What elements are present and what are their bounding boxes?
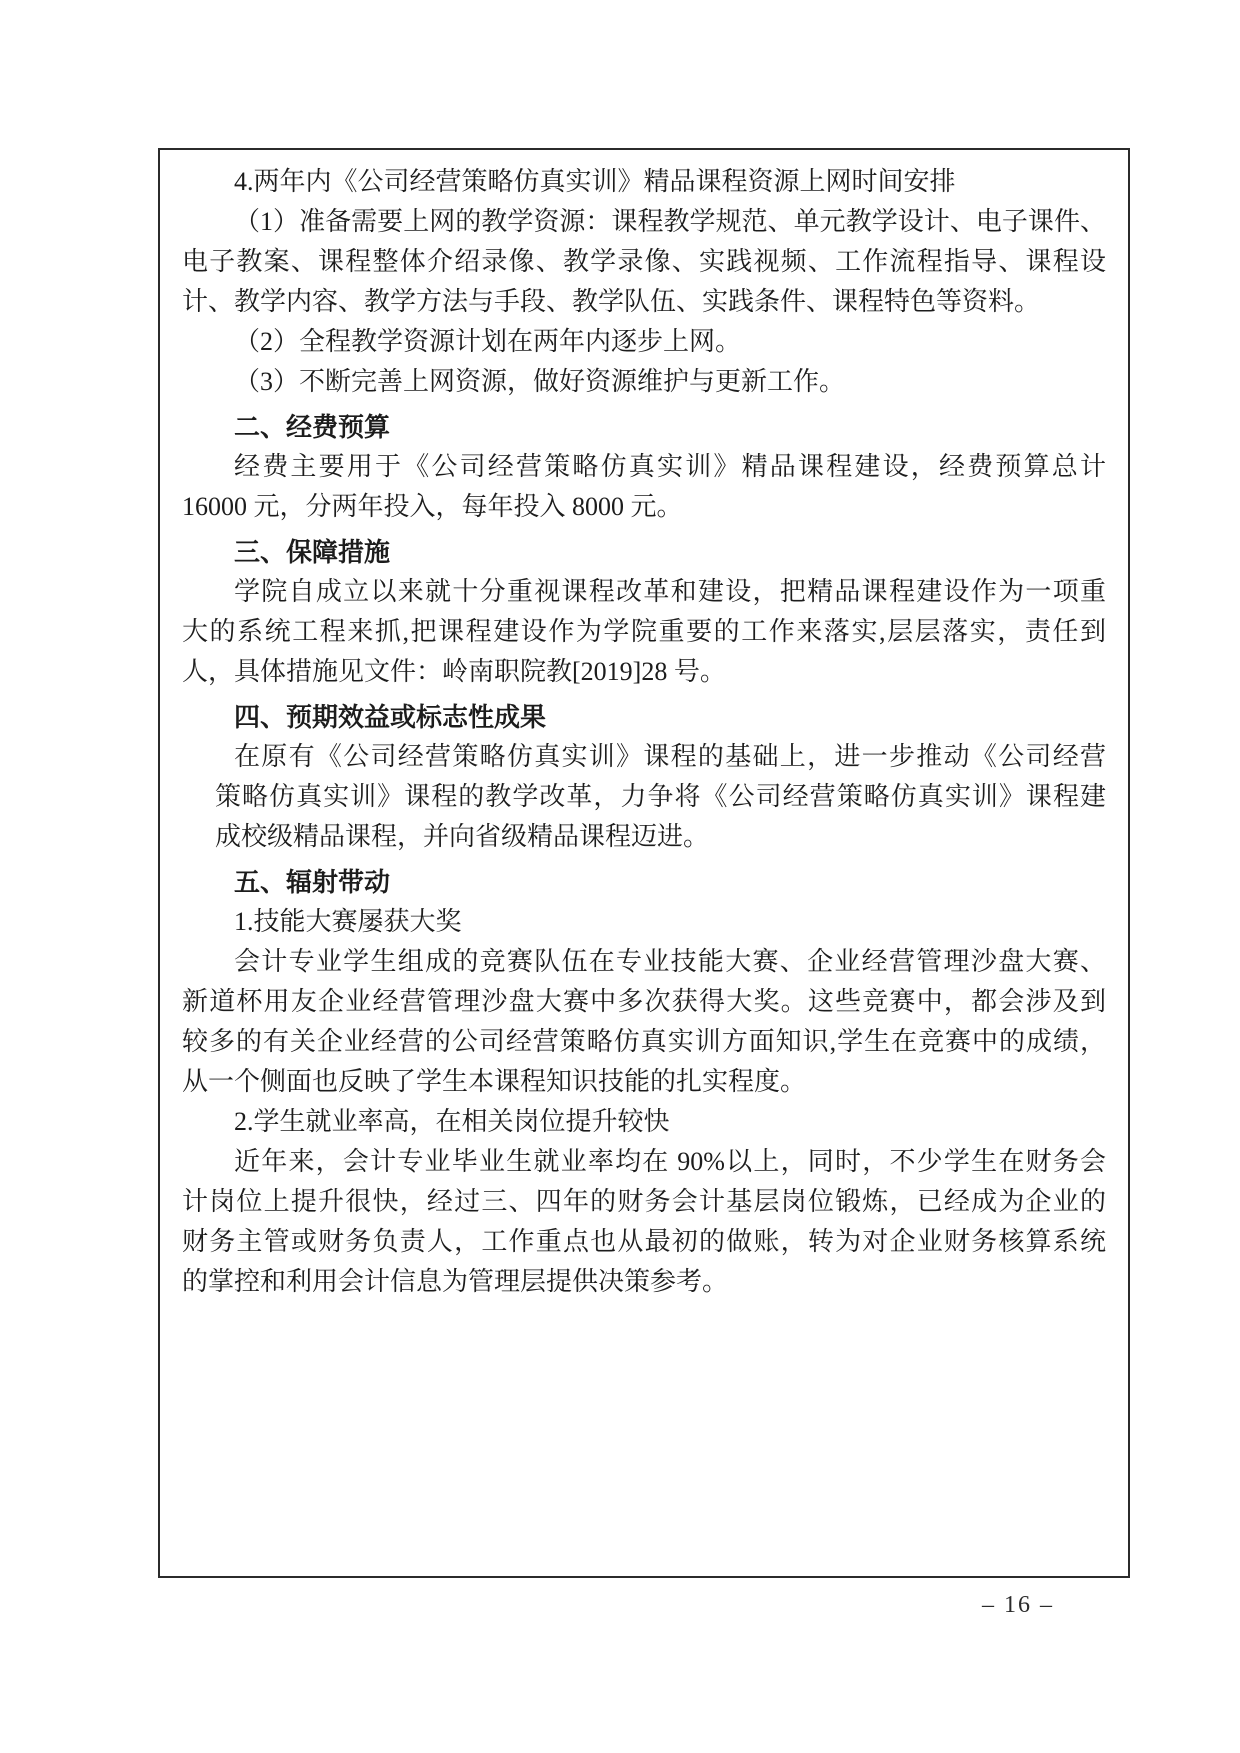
text-line: 从一个侧面也反映了学生本课程知识技能的扎实程度。 bbox=[182, 1062, 1106, 1102]
text-line: 电子教案、课程整体介绍录像、教学录像、实践视频、工作流程指导、课程设 bbox=[182, 242, 1106, 282]
document-body: 4.两年内《公司经营策略仿真实训》精品课程资源上网时间安排（1）准备需要上网的教… bbox=[182, 162, 1106, 1302]
text-line: 较多的有关企业经营的公司经营策略仿真实训方面知识,学生在竞赛中的成绩， bbox=[182, 1022, 1106, 1062]
text-line: 人，具体措施见文件：岭南职院教[2019]28 号。 bbox=[182, 652, 1106, 692]
section-heading: 三、保障措施 bbox=[182, 532, 1106, 572]
text-line: （3）不断完善上网资源，做好资源维护与更新工作。 bbox=[182, 362, 1106, 402]
table-cell-border: 4.两年内《公司经营策略仿真实训》精品课程资源上网时间安排（1）准备需要上网的教… bbox=[158, 148, 1130, 1578]
text-line: 16000 元，分两年投入，每年投入 8000 元。 bbox=[182, 487, 1106, 527]
text-line: 1.技能大赛屡获大奖 bbox=[182, 902, 1106, 942]
text-line: 新道杯用友企业经营管理沙盘大赛中多次获得大奖。这些竞赛中，都会涉及到 bbox=[182, 982, 1106, 1022]
text-line: 计岗位上提升很快，经过三、四年的财务会计基层岗位锻炼，已经成为企业的 bbox=[182, 1182, 1106, 1222]
document-page: 4.两年内《公司经营策略仿真实训》精品课程资源上网时间安排（1）准备需要上网的教… bbox=[0, 0, 1240, 1753]
text-line: 财务主管或财务负责人，工作重点也从最初的做账，转为对企业财务核算系统 bbox=[182, 1222, 1106, 1262]
text-line: 学院自成立以来就十分重视课程改革和建设，把精品课程建设作为一项重 bbox=[182, 572, 1106, 612]
section-heading: 四、预期效益或标志性成果 bbox=[182, 697, 1106, 737]
text-line: 计、教学内容、教学方法与手段、教学队伍、实践条件、课程特色等资料。 bbox=[182, 282, 1106, 322]
text-line: 成校级精品课程，并向省级精品课程迈进。 bbox=[182, 817, 1106, 857]
text-line: 2.学生就业率高，在相关岗位提升较快 bbox=[182, 1102, 1106, 1142]
text-line: （2）全程教学资源计划在两年内逐步上网。 bbox=[182, 322, 1106, 362]
text-line: 经费主要用于《公司经营策略仿真实训》精品课程建设，经费预算总计 bbox=[182, 447, 1106, 487]
text-line: （1）准备需要上网的教学资源：课程教学规范、单元教学设计、电子课件、 bbox=[182, 202, 1106, 242]
section-heading: 五、辐射带动 bbox=[182, 862, 1106, 902]
text-line: 4.两年内《公司经营策略仿真实训》精品课程资源上网时间安排 bbox=[182, 162, 1106, 202]
page-number: – 16 – bbox=[958, 1592, 1078, 1619]
text-line: 会计专业学生组成的竞赛队伍在专业技能大赛、企业经营管理沙盘大赛、 bbox=[182, 942, 1106, 982]
text-line: 大的系统工程来抓,把课程建设作为学院重要的工作来落实,层层落实，责任到 bbox=[182, 612, 1106, 652]
text-line: 策略仿真实训》课程的教学改革，力争将《公司经营策略仿真实训》课程建 bbox=[182, 777, 1106, 817]
section-heading: 二、经费预算 bbox=[182, 407, 1106, 447]
text-line: 近年来，会计专业毕业生就业率均在 90%以上，同时，不少学生在财务会 bbox=[182, 1142, 1106, 1182]
text-line: 的掌控和利用会计信息为管理层提供决策参考。 bbox=[182, 1262, 1106, 1302]
text-line: 在原有《公司经营策略仿真实训》课程的基础上，进一步推动《公司经营 bbox=[182, 737, 1106, 777]
